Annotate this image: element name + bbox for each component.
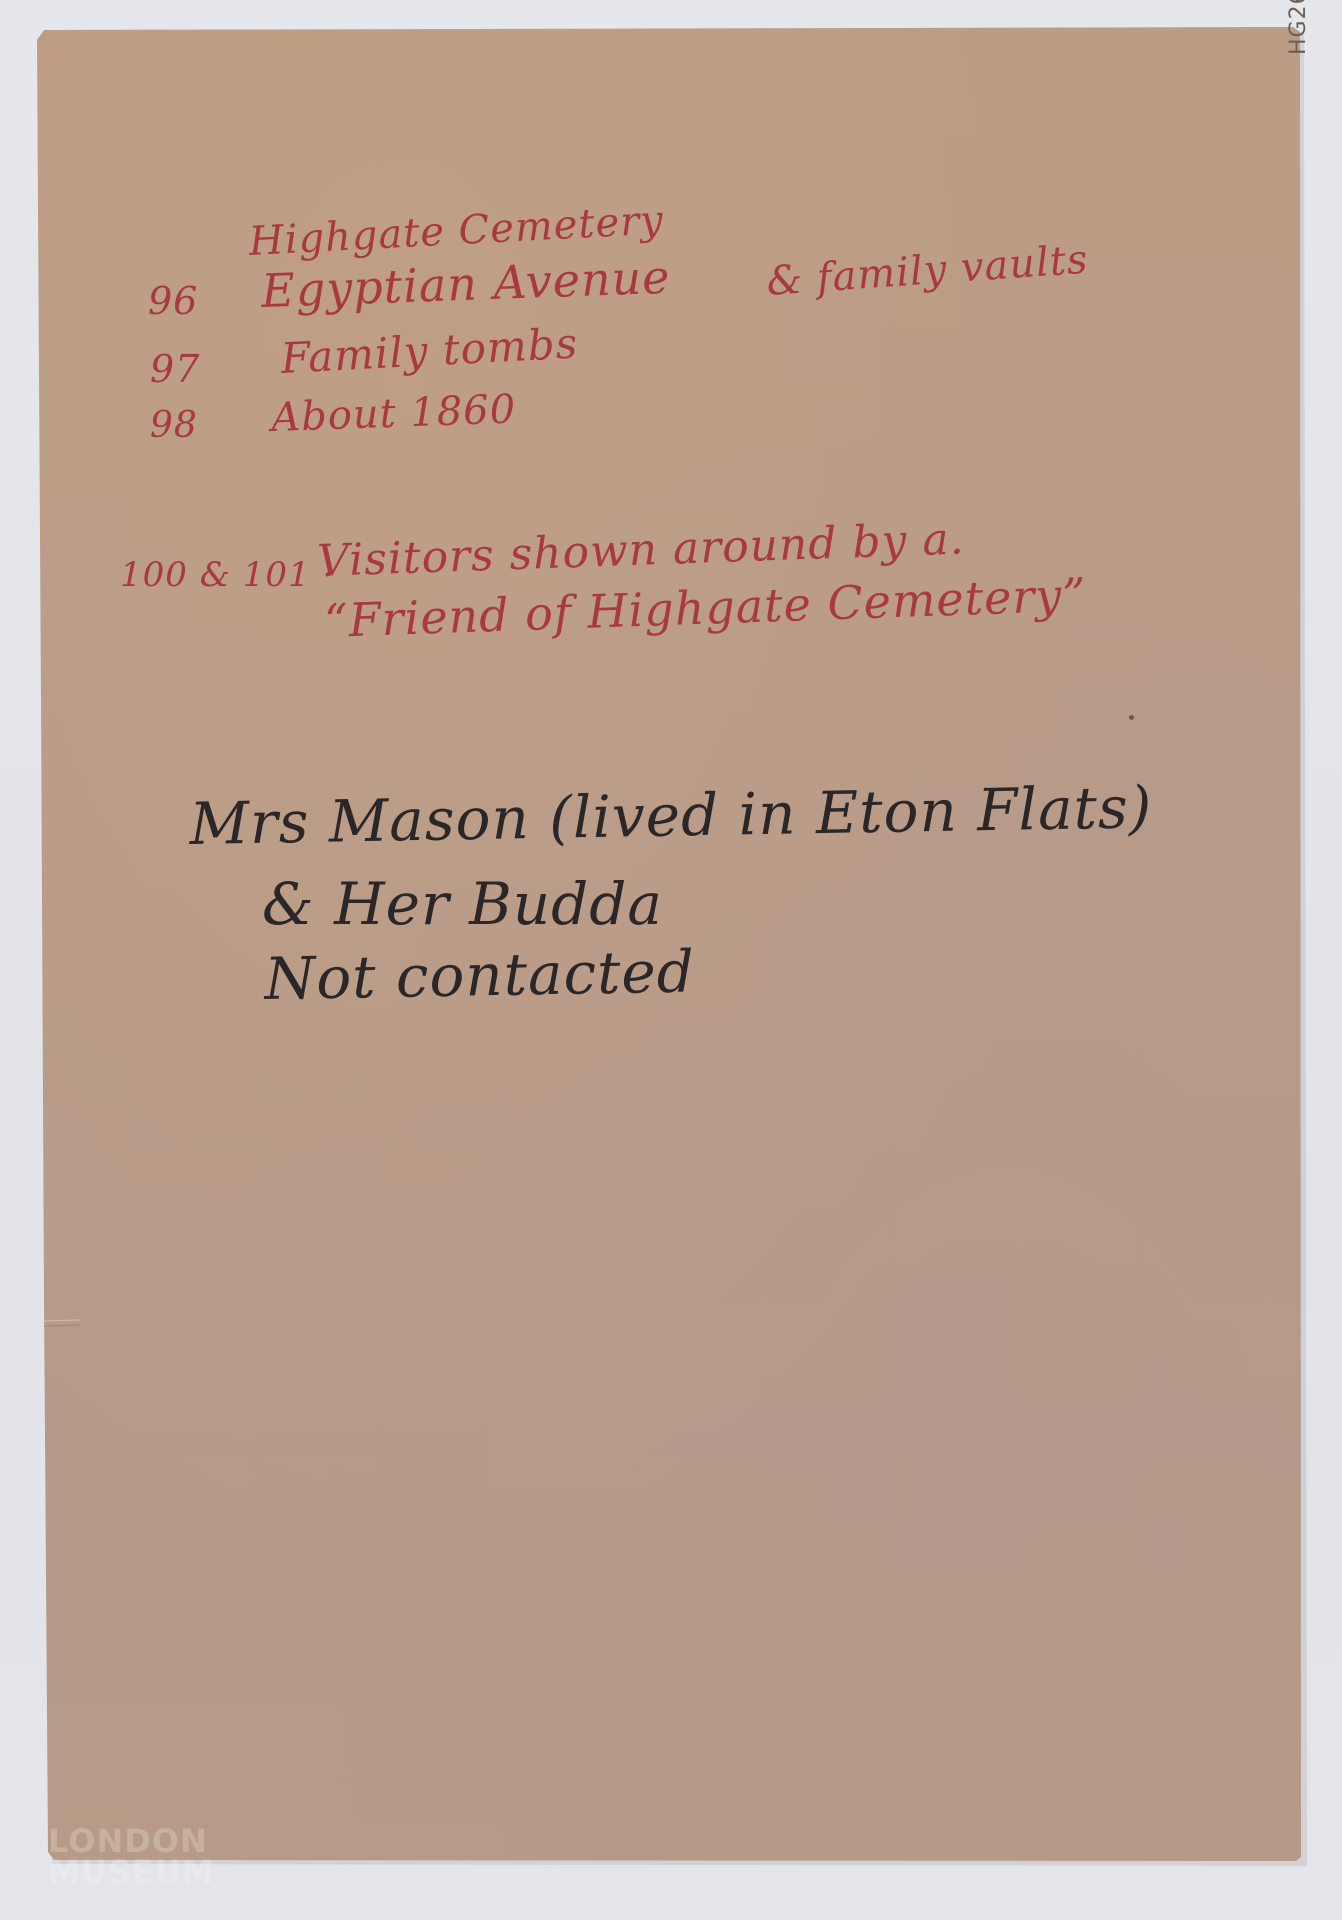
item-number-98: 98 bbox=[150, 408, 198, 444]
ink-speck bbox=[1129, 715, 1134, 720]
item-number-97: 97 bbox=[150, 350, 200, 388]
london-museum-watermark: LONDON MUSEUM bbox=[48, 1826, 215, 1888]
visitors-numbers: 100 & 101 · bbox=[120, 558, 334, 592]
item-text-96: Egyptian Avenue bbox=[260, 254, 671, 314]
mrs-mason-line: Mrs Mason (lived in Eton Flats) bbox=[189, 778, 1153, 853]
watermark-line-2: MUSEUM bbox=[48, 1857, 215, 1888]
her-budda-line: & Her Budda bbox=[262, 875, 663, 933]
paper-crease bbox=[44, 1319, 80, 1326]
item-number-96: 96 bbox=[148, 282, 198, 320]
not-contacted-line: Not contacted bbox=[264, 942, 695, 1008]
catalog-number: HG2603·CS4 bbox=[1286, 0, 1311, 55]
item-text-98: About 1860 bbox=[271, 389, 517, 438]
